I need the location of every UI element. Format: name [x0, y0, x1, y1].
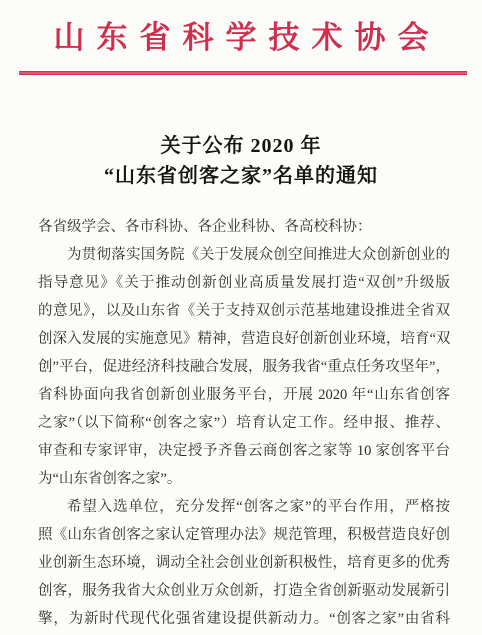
- paragraph-line: 照《山东省创客之家认定管理办法》规范管理，积极营造良好创: [38, 521, 450, 549]
- paragraph-line: 创深入发展的实施意见》精神，营造良好创新创业环境，培育“双: [38, 325, 450, 353]
- paragraph-line: 审查和专家评审，决定授予齐鲁云商创客之家等 10 家创客平台: [38, 437, 450, 465]
- doc-title-line1: 关于公布 2020 年: [0, 131, 482, 161]
- letterhead: 山东省科学技术协会: [0, 0, 482, 75]
- paragraph-line: 为“山东省创客之家”。: [38, 465, 450, 493]
- paragraph-line: 创客，服务我省大众创业万众创新，打造全省创新驱动发展新引: [38, 577, 450, 605]
- paragraph-line: 指导意见》《关于推动创新创业高质量发展打造“双创”升级版: [38, 269, 450, 297]
- paragraph-line: 之家”（以下简称“创客之家”）培育认定工作。经申报、推荐、: [38, 409, 450, 437]
- doc-title-line2: “山东省创客之家”名单的通知: [0, 161, 482, 191]
- paragraph-line: 希望入选单位，充分发挥“创客之家”的平台作用，严格按: [38, 493, 450, 521]
- letterhead-divider: [19, 71, 467, 75]
- paragraph-line: 擎，为新时代现代化强省建设提供新动力。“创客之家”由省科: [38, 605, 450, 633]
- paragraph-line: 省科协面向我省创新创业服务平台，开展 2020 年“山东省创客: [38, 381, 450, 409]
- document-page: 山东省科学技术协会 关于公布 2020 年 “山东省创客之家”名单的通知 各省级…: [0, 0, 482, 635]
- paragraph-line: 创”平台，促进经济科技融合发展，服务我省“重点任务攻坚年”，: [38, 353, 450, 381]
- paragraph-line: 业创新生态环境，调动全社会创业创新积极性，培育更多的优秀: [38, 549, 450, 577]
- salutation: 各省级学会、各市科协、各企业科协、各高校科协：: [38, 213, 450, 241]
- org-name: 山东省科学技术协会: [0, 17, 482, 59]
- paragraph-line: 的意见》，以及山东省《关于支持双创示范基地建设推进全省双: [38, 297, 450, 325]
- paragraph-line: 为贯彻落实国务院《关于发展众创空间推进大众创新创业的: [38, 241, 450, 269]
- document-body: 各省级学会、各市科协、各企业科协、各高校科协： 为贯彻落实国务院《关于发展众创空…: [38, 213, 450, 633]
- doc-title: 关于公布 2020 年 “山东省创客之家”名单的通知: [0, 131, 482, 191]
